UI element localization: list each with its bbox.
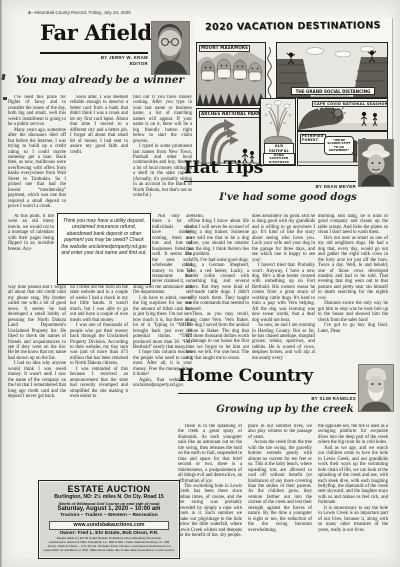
petrified-speech-bubble: “WE'RE SCARED STIFF TO GO ANYWHERE”: [324, 136, 354, 155]
far-afield-col2-bottom: So I filled out the form on the state we…: [70, 285, 128, 457]
hat-tips-rule: [184, 181, 356, 182]
hat-tips-col2: does absolutely no good. But he is dang …: [252, 214, 315, 364]
far-afield-byline-role: EDITOR: [58, 61, 148, 67]
arches-label: ARCHES NATIONAL PARK: [199, 111, 260, 118]
cartoon-panel-maskmore: MOUNT MASKMORE: [196, 42, 266, 106]
pull-quote-box: Think you may have a utility deposit, un…: [57, 213, 151, 285]
meyer-photo: [358, 139, 394, 187]
kram-portrait-image: [152, 22, 189, 74]
home-country-rule: [178, 393, 356, 394]
ad-items: Tractors – Trailers – Western – Recreati…: [41, 513, 177, 519]
cartoon-panel-cape: CAPE COVID NATIONAL SEASHORE: [297, 98, 388, 131]
ad-website: www.sundsbakauctions.com: [49, 521, 169, 530]
newspaper-page: 4—Mountrail County Record, Friday, July …: [0, 0, 400, 567]
ad-location: Burlington, ND: 2½ miles N. On Cty. Road…: [41, 494, 177, 501]
home-country-col3: the opposite sex, the tire is used as a …: [318, 424, 388, 564]
grand-label: THE GRAND SOCIAL DISTANCING: [291, 87, 375, 95]
page-header: 4—Mountrail County Record, Friday, July …: [28, 10, 268, 16]
home-country-title: Home Country: [178, 366, 313, 386]
far-afield-title: Far Afield: [40, 20, 152, 45]
petrified-label: PETRIFIED FOREST: [300, 134, 326, 144]
far-afield-rule: [40, 52, 148, 54]
cartoonist-signature: [265, 45, 274, 101]
cape-covid-label: CAPE COVID NATIONAL SEASHORE: [312, 101, 388, 108]
far-afield-byline: BY JERRY W. KRAM EDITOR: [58, 55, 148, 66]
far-afield-col1-top: I've used this place for flights of fanc…: [8, 95, 66, 214]
cartoon-title: 2020 VACATION DESTINATIONS: [194, 20, 392, 33]
scan-artifact: [3, 97, 7, 100]
scan-artifact: [1, 74, 5, 80]
ad-location-detail: (North of Wildwood Golf Course on east s…: [41, 501, 177, 506]
home-country-col1: There is in the splashing of the creek a…: [178, 424, 242, 564]
hat-tips-title: Hat Tips: [184, 158, 263, 178]
home-country-headline: Growing up by the creek: [178, 404, 392, 415]
hat-tips-byline: BY DEAN MEYER: [254, 184, 356, 190]
far-afield-col2-top: Soon after, I was deemed reliable enough…: [70, 95, 128, 214]
home-country-col2: place in our summer lives, we also play …: [248, 424, 312, 564]
hat-tips-headline: I've had some good dogs: [184, 192, 392, 203]
cartoon-panel-grand: THE GRAND SOCIAL DISTANCING: [276, 42, 388, 98]
kram-photo: [151, 21, 190, 75]
far-afield-headline: You may already be a winner: [8, 74, 192, 86]
far-afield-col1-beside-box: At this point, if life were an old timey…: [8, 214, 54, 283]
meyer-portrait-image: [359, 140, 393, 186]
hat-tips-col1: Hello,One thing I know about life is tha…: [186, 214, 249, 364]
hat-tips-col3: morning. But dang, he is kind of good co…: [318, 214, 388, 364]
far-afield-col1-bottom: way time passed and I forgot all about t…: [8, 285, 66, 457]
ad-fine-print: Please abide by all ND Smart Restart Gui…: [41, 537, 177, 553]
estate-auction-ad: ESTATE AUCTION Burlington, ND: 2½ miles …: [38, 480, 180, 559]
page-header-text: —Mountrail County Record, Friday, July 2…: [31, 10, 131, 15]
maskmore-drawing: [197, 43, 265, 105]
scan-edge: [0, 0, 3, 567]
maskmore-label: MOUNT MASKMORE: [199, 45, 250, 52]
home-country-byline: BY SLIM RANDLES: [254, 396, 356, 402]
oldfaithful-sublabel: HAND SANITIZER DISPENSER: [263, 153, 295, 165]
cartoon-panel-oldfaithful: OLD FAITHFUL HAND SANITIZER DISPENSER: [260, 98, 296, 166]
ad-title: ESTATE AUCTION: [41, 484, 177, 494]
